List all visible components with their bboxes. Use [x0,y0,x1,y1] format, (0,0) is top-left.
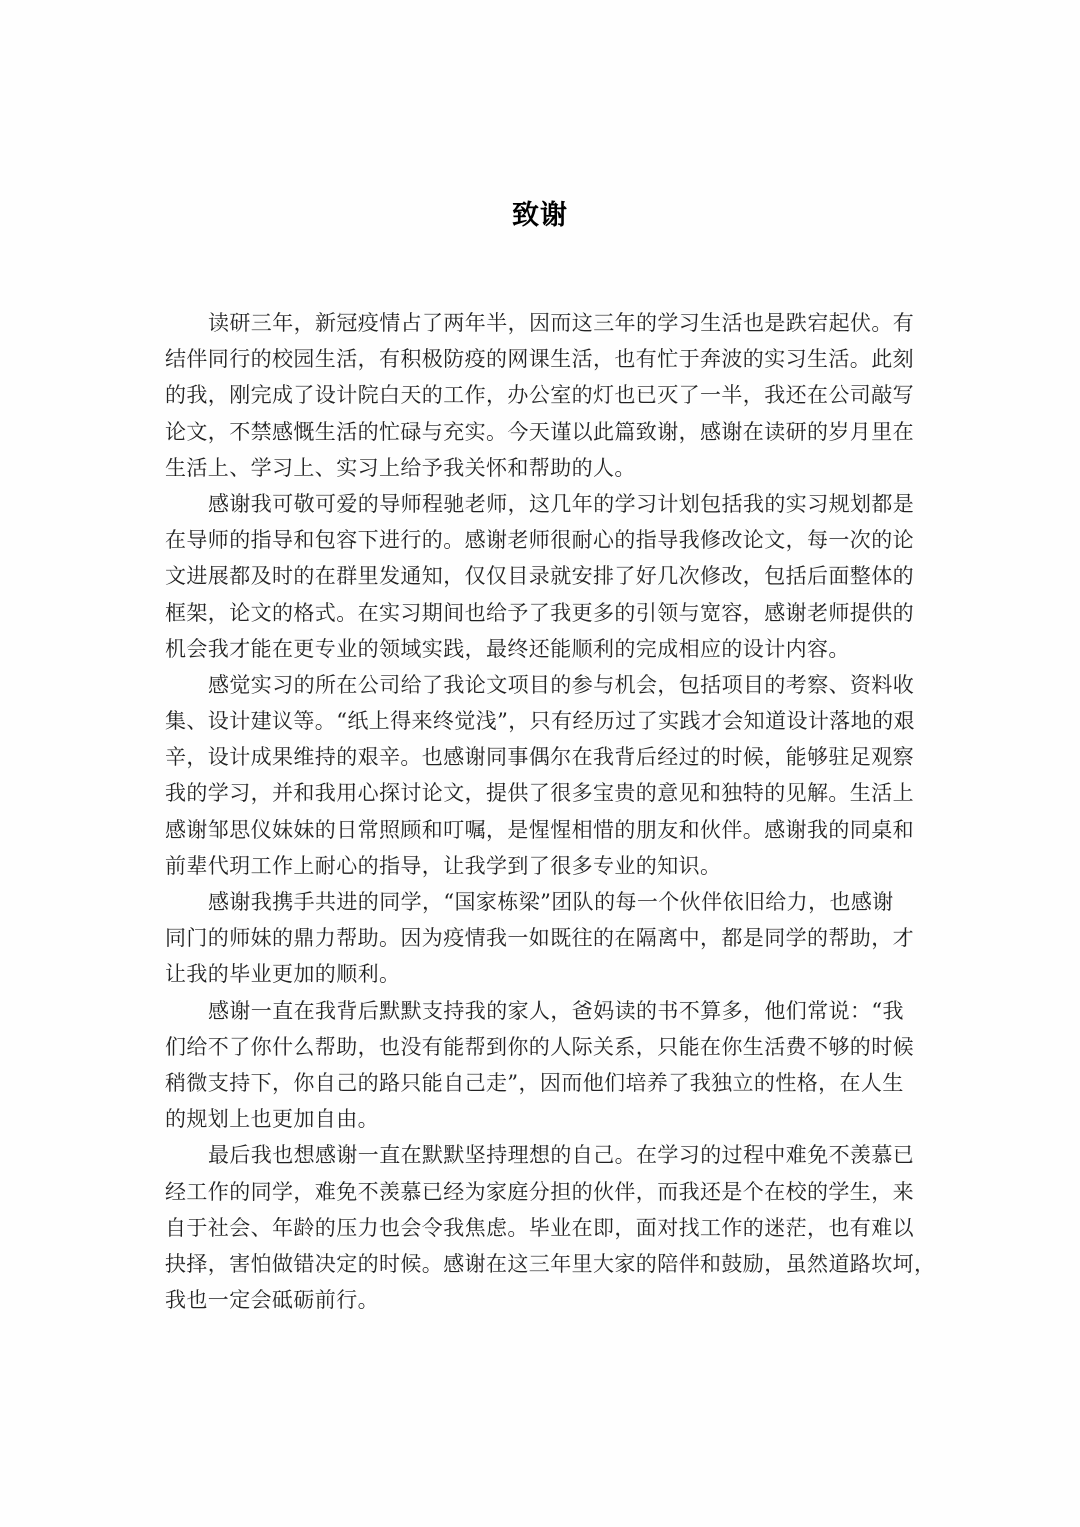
text-line: 辛，设计成果维持的艰辛。也感谢同事偶尔在我背后经过的时候，能够驻足观察 [165,739,925,775]
text-line: 的规划上也更加自由。 [165,1101,925,1137]
text-line: 抉择，害怕做错决定的时候。感谢在这三年里大家的陪伴和鼓励，虽然道路坎坷， [165,1246,925,1282]
paragraph-6: 最后我也想感谢一直在默默坚持理想的自己。在学习的过程中难免不羡慕已 经工作的同学… [165,1137,925,1318]
paragraph-2: 感谢我可敬可爱的导师程驰老师，这几年的学习计划包括我的实习规划都是 在导师的指导… [165,486,925,667]
paragraph-3: 感觉实习的所在公司给了我论文项目的参与机会，包括项目的考察、资料收 集、设计建议… [165,667,925,884]
text-line: 论文，不禁感慨生活的忙碌与充实。今天谨以此篇致谢，感谢在读研的岁月里在 [165,414,925,450]
paragraph-1: 读研三年，新冠疫情占了两年半，因而这三年的学习生活也是跌宕起伏。有 结伴同行的校… [165,305,925,486]
text-line: 感谢邹思仪妹妹的日常照顾和叮嘱，是惺惺相惜的朋友和伙伴。感谢我的同桌和 [165,812,925,848]
text-line: 们给不了你什么帮助，也没有能帮到你的人际关系，只能在你生活费不够的时候 [165,1029,925,1065]
text-line: 我的学习，并和我用心探讨论文，提供了很多宝贵的意见和独特的见解。生活上 [165,775,925,811]
text-line: 经工作的同学，难免不羡慕已经为家庭分担的伙伴，而我还是个在校的学生，来 [165,1174,925,1210]
text-line: 框架，论文的格式。在实习期间也给予了我更多的引领与宽容，感谢老师提供的 [165,595,925,631]
acknowledgement-body: 读研三年，新冠疫情占了两年半，因而这三年的学习生活也是跌宕起伏。有 结伴同行的校… [165,305,925,1318]
text-line: 自于社会、年龄的压力也会令我焦虑。毕业在即，面对找工作的迷茫，也有难以 [165,1210,925,1246]
text-line: 感觉实习的所在公司给了我论文项目的参与机会，包括项目的考察、资料收 [165,667,925,703]
text-line: 感谢我可敬可爱的导师程驰老师，这几年的学习计划包括我的实习规划都是 [165,486,925,522]
text-line: 读研三年，新冠疫情占了两年半，因而这三年的学习生活也是跌宕起伏。有 [165,305,925,341]
text-line: 结伴同行的校园生活，有积极防疫的网课生活，也有忙于奔波的实习生活。此刻 [165,341,925,377]
text-line: 稍微支持下，你自己的路只能自己走”，因而他们培养了我独立的性格，在人生 [165,1065,925,1101]
document-page: 致谢 读研三年，新冠疫情占了两年半，因而这三年的学习生活也是跌宕起伏。有 结伴同… [0,0,1080,1527]
text-line: 感谢我携手共进的同学，“国家栋梁”团队的每一个伙伴依旧给力，也感谢 [165,884,925,920]
text-line: 最后我也想感谢一直在默默坚持理想的自己。在学习的过程中难免不羡慕已 [165,1137,925,1173]
page-title: 致谢 [0,196,1080,236]
text-line: 在导师的指导和包容下进行的。感谢老师很耐心的指导我修改论文，每一次的论 [165,522,925,558]
text-line: 文进展都及时的在群里发通知，仅仅目录就安排了好几次修改，包括后面整体的 [165,558,925,594]
text-line: 集、设计建议等。“纸上得来终觉浅”，只有经历过了实践才会知道设计落地的艰 [165,703,925,739]
text-line: 的我，刚完成了设计院白天的工作，办公室的灯也已灭了一半，我还在公司敲写 [165,377,925,413]
text-line: 生活上、学习上、实习上给予我关怀和帮助的人。 [165,450,925,486]
paragraph-4: 感谢我携手共进的同学，“国家栋梁”团队的每一个伙伴依旧给力，也感谢 同门的师妹的… [165,884,925,993]
text-line: 感谢一直在我背后默默支持我的家人，爸妈读的书不算多，他们常说：“我 [165,993,925,1029]
text-line: 机会我才能在更专业的领域实践，最终还能顺利的完成相应的设计内容。 [165,631,925,667]
paragraph-5: 感谢一直在我背后默默支持我的家人，爸妈读的书不算多，他们常说：“我 们给不了你什… [165,993,925,1138]
text-line: 同门的师妹的鼎力帮助。因为疫情我一如既往的在隔离中，都是同学的帮助，才 [165,920,925,956]
text-line: 我也一定会砥砺前行。 [165,1282,925,1318]
text-line: 让我的毕业更加的顺利。 [165,956,925,992]
text-line: 前辈代玥工作上耐心的指导，让我学到了很多专业的知识。 [165,848,925,884]
